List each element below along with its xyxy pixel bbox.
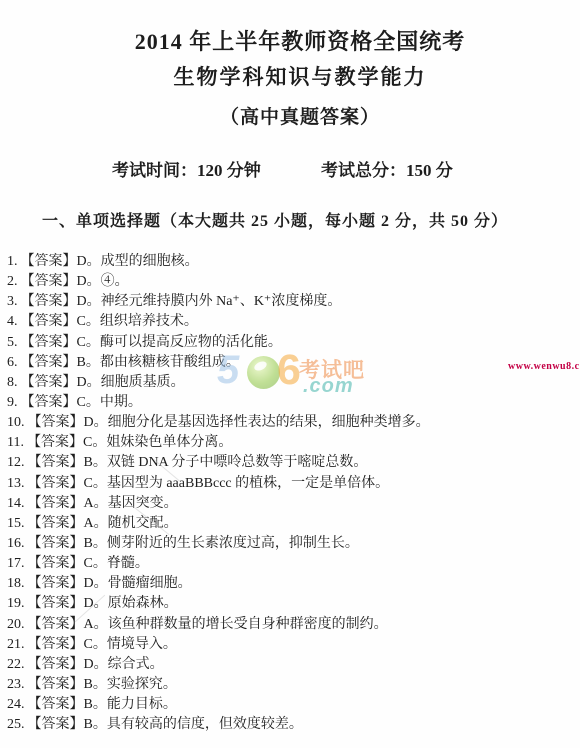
answer-row: 1.【答案】D。成型的细胞核。 xyxy=(7,252,430,272)
answer-row: 8.【答案】D。细胞质基质。 xyxy=(7,373,430,393)
answer-row: 17.【答案】C。脊髓。 xyxy=(7,554,430,574)
answer-row: 24.【答案】B。能力目标。 xyxy=(7,695,430,715)
answer-text: 【答案】D。细胞分化是基因选择性表达的结果，细胞种类增多。 xyxy=(28,415,430,430)
answer-row: 22.【答案】D。综合式。 xyxy=(7,655,430,675)
answer-number: 10. xyxy=(7,413,25,433)
answer-row: 4.【答案】C。组织培养技术。 xyxy=(7,312,430,332)
document-page: 2014 年上半年教师资格全国统考 生物学科知识与教学能力 （高中真题答案） 考… xyxy=(0,0,580,748)
answer-text: 【答案】C。基因型为 aaaBBBccc 的植株，一定是单倍体。 xyxy=(28,476,390,491)
answer-number: 1. xyxy=(7,252,18,272)
answer-text: 【答案】C。脊髓。 xyxy=(28,556,149,571)
answer-number: 3. xyxy=(7,292,18,312)
answer-text: 【答案】D。综合式。 xyxy=(28,657,164,672)
answer-text: 【答案】D。细胞质基质。 xyxy=(21,375,185,390)
answers-list: 1.【答案】D。成型的细胞核。2.【答案】D。④。3.【答案】D。神经元维持膜内… xyxy=(7,252,430,735)
answer-text: 【答案】B。实验探究。 xyxy=(28,677,177,692)
section-heading: 一、单项选择题（本大题共 25 小题，每小题 2 分，共 50 分） xyxy=(42,208,508,231)
answer-text: 【答案】D。④。 xyxy=(21,274,129,289)
answer-number: 4. xyxy=(7,312,18,332)
answer-number: 6. xyxy=(7,353,18,373)
answer-number: 9. xyxy=(7,393,18,413)
answer-row: 3.【答案】D。神经元维持膜内外 Na⁺、K⁺浓度梯度。 xyxy=(7,292,430,312)
site-url-text: www.wenwu8.c xyxy=(508,361,580,372)
exam-info-line: 考试时间：120 分钟 考试总分：150 分 xyxy=(112,156,453,181)
answer-number: 8. xyxy=(7,373,18,393)
answer-text: 【答案】B。能力目标。 xyxy=(28,697,177,712)
answer-number: 25. xyxy=(7,715,25,735)
answer-row: 2.【答案】D。④。 xyxy=(7,272,430,292)
answer-number: 21. xyxy=(7,635,25,655)
answer-text: 【答案】D。神经元维持膜内外 Na⁺、K⁺浓度梯度。 xyxy=(21,294,342,309)
answer-number: 16. xyxy=(7,534,25,554)
answer-number: 22. xyxy=(7,655,25,675)
exam-total-label: 考试总分：150 分 xyxy=(321,161,453,180)
answer-number: 18. xyxy=(7,574,25,594)
answer-text: 【答案】C。中期。 xyxy=(21,395,142,410)
answer-row: 6.【答案】B。都由核糖核苷酸组成。 xyxy=(7,353,430,373)
answer-number: 15. xyxy=(7,514,25,534)
answer-row: 11.【答案】C。姐妹染色单体分离。 xyxy=(7,433,430,453)
answer-row: 21.【答案】C。情境导入。 xyxy=(7,635,430,655)
answer-number: 12. xyxy=(7,453,25,473)
answer-text: 【答案】A。该鱼种群数量的增长受自身种群密度的制约。 xyxy=(28,617,388,632)
answer-number: 23. xyxy=(7,675,25,695)
document-title-line3: （高中真题答案） xyxy=(10,102,580,129)
answer-text: 【答案】D。骨髓瘤细胞。 xyxy=(28,576,192,591)
answer-text: 【答案】B。具有较高的信度，但效度较差。 xyxy=(28,717,303,732)
answer-text: 【答案】D。成型的细胞核。 xyxy=(21,254,199,269)
answer-row: 13.【答案】C。基因型为 aaaBBBccc 的植株，一定是单倍体。 xyxy=(7,474,430,494)
answer-text: 【答案】C。姐妹染色单体分离。 xyxy=(27,435,232,450)
answer-row: 16.【答案】B。侧芽附近的生长素浓度过高，抑制生长。 xyxy=(7,534,430,554)
answer-text: 【答案】C。情境导入。 xyxy=(28,637,177,652)
answer-text: 【答案】B。侧芽附近的生长素浓度过高，抑制生长。 xyxy=(28,536,359,551)
answer-number: 2. xyxy=(7,272,18,292)
answer-text: 【答案】B。都由核糖核苷酸组成。 xyxy=(21,355,240,370)
answer-row: 5.【答案】C。酶可以提高反应物的活化能。 xyxy=(7,333,430,353)
answer-row: 25.【答案】B。具有较高的信度，但效度较差。 xyxy=(7,715,430,735)
document-title-line1: 2014 年上半年教师资格全国统考 xyxy=(10,25,580,56)
document-title-line2: 生物学科知识与教学能力 xyxy=(10,61,580,91)
answer-row: 19.【答案】D。原始森林。 xyxy=(7,594,430,614)
answer-row: 15.【答案】A。随机交配。 xyxy=(7,514,430,534)
answer-text: 【答案】A。基因突变。 xyxy=(28,496,178,511)
answer-text: 【答案】B。双链 DNA 分子中嘌呤总数等于嘧啶总数。 xyxy=(28,455,368,470)
answer-number: 5. xyxy=(7,333,18,353)
exam-time-label: 考试时间：120 分钟 xyxy=(112,161,261,180)
answer-number: 11. xyxy=(7,433,24,453)
answer-row: 14.【答案】A。基因突变。 xyxy=(7,494,430,514)
answer-text: 【答案】C。组织培养技术。 xyxy=(21,314,198,329)
answer-text: 【答案】D。原始森林。 xyxy=(28,596,178,611)
answer-text: 【答案】C。酶可以提高反应物的活化能。 xyxy=(21,335,282,350)
answer-number: 20. xyxy=(7,615,25,635)
answer-number: 17. xyxy=(7,554,25,574)
answer-row: 20.【答案】A。该鱼种群数量的增长受自身种群密度的制约。 xyxy=(7,615,430,635)
answer-number: 19. xyxy=(7,594,25,614)
answer-number: 13. xyxy=(7,474,25,494)
answer-number: 24. xyxy=(7,695,25,715)
answer-row: 18.【答案】D。骨髓瘤细胞。 xyxy=(7,574,430,594)
answer-row: 10.【答案】D。细胞分化是基因选择性表达的结果，细胞种类增多。 xyxy=(7,413,430,433)
answer-row: 23.【答案】B。实验探究。 xyxy=(7,675,430,695)
answer-number: 14. xyxy=(7,494,25,514)
answer-row: 9.【答案】C。中期。 xyxy=(7,393,430,413)
answer-row: 12.【答案】B。双链 DNA 分子中嘌呤总数等于嘧啶总数。 xyxy=(7,453,430,473)
